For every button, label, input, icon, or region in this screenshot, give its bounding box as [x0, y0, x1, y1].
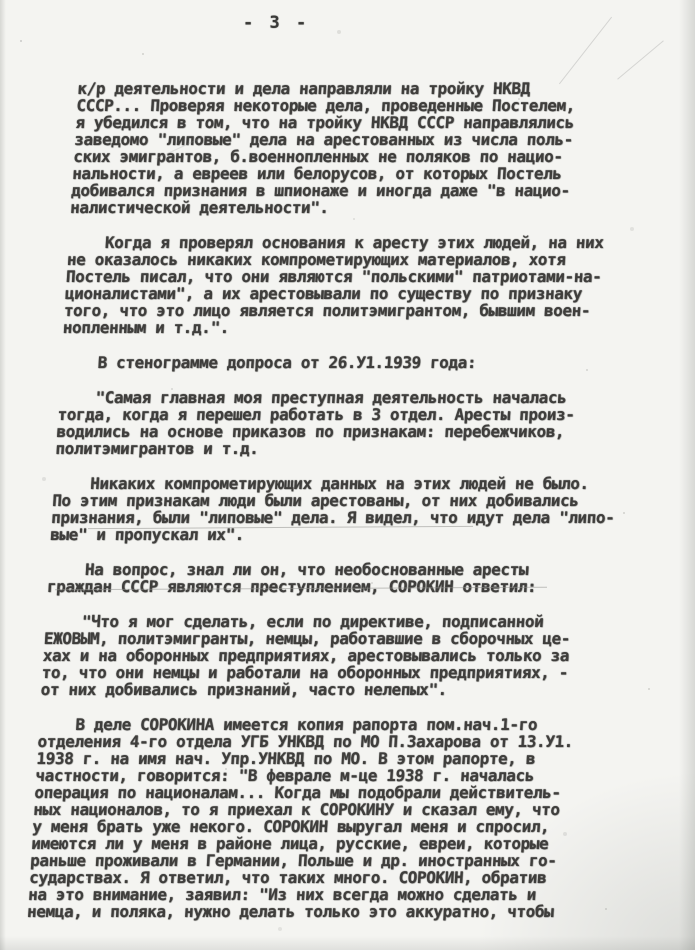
paragraph-1: к/р деятельности и дела направляли на тр…	[70, 80, 673, 216]
paper-specks	[20, 40, 22, 42]
paragraph-3: В стенограмме допроса от 26.У1.1939 года…	[60, 354, 656, 371]
scan-shadow-left	[0, 0, 6, 950]
document-text: к/р деятельности и дела направляли на тр…	[26, 80, 673, 938]
page-number: - 3 -	[243, 13, 309, 33]
paragraph-7: "Что я мог сделать, если по директиве, п…	[40, 613, 640, 698]
paragraph-6: На вопрос, знал ли он, что необоснованны…	[47, 561, 644, 595]
paragraph-4: "Самая главная моя преступная деятельнос…	[55, 389, 654, 457]
paragraph-5: Никаких компрометирующих данных на этих …	[50, 475, 649, 543]
scan-scratch	[559, 17, 612, 85]
document-page: - 3 - к/р деятельности и дела направляли…	[0, 0, 695, 950]
paragraph-2: Когда я проверял основания к аресту этих…	[62, 234, 663, 336]
scan-scratch	[617, 40, 664, 79]
paragraph-8: В деле СОРОКИНА имеется копия рапорта по…	[27, 716, 634, 920]
